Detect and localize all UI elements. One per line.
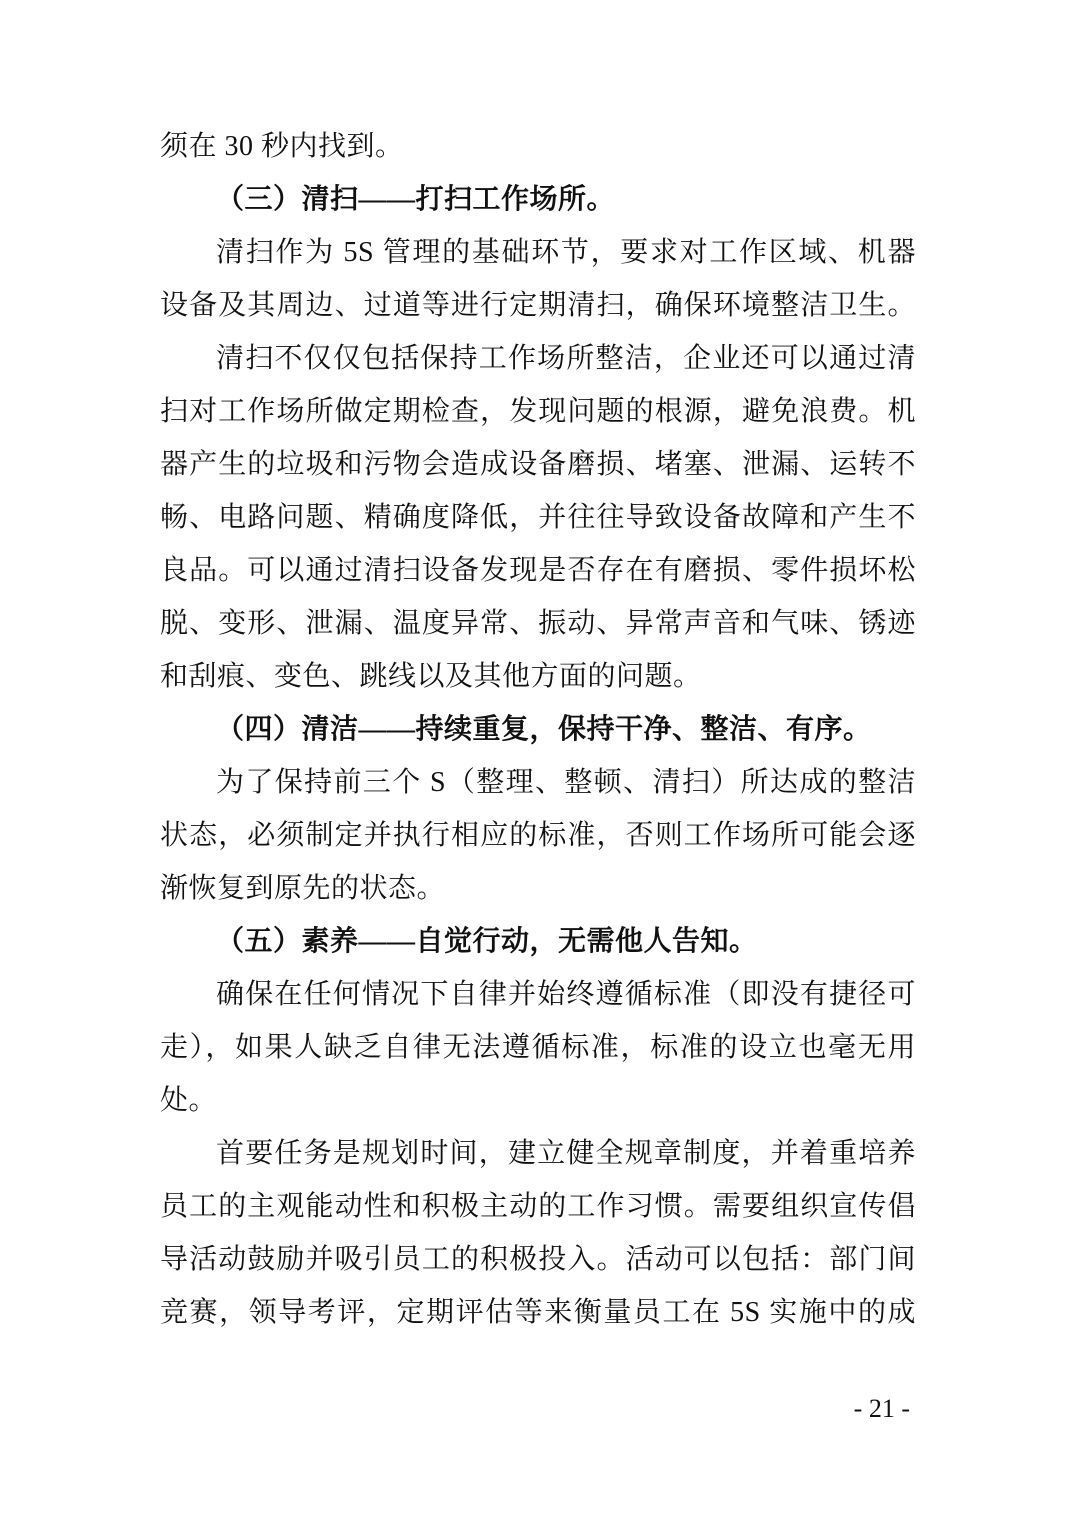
text-line: 状态，必须制定并执行相应的标准，否则工作场所可能会逐 bbox=[160, 809, 916, 862]
text-line: 处。 bbox=[160, 1074, 916, 1127]
text-line: 走），如果人缺乏自律无法遵循标准，标准的设立也毫无用 bbox=[160, 1021, 916, 1074]
text-line: 员工的主观能动性和积极主动的工作习惯。需要组织宣传倡 bbox=[160, 1180, 916, 1233]
text-line: 首要任务是规划时间，建立健全规章制度，并着重培养 bbox=[160, 1127, 916, 1180]
text-line: 清扫作为 5S 管理的基础环节，要求对工作区域、机器 bbox=[160, 226, 916, 279]
text-line: 渐恢复到原先的状态。 bbox=[160, 862, 916, 915]
text-line: 为了保持前三个 S（整理、整顿、清扫）所达成的整洁 bbox=[160, 756, 916, 809]
text-line: 确保在任何情况下自律并始终遵循标准（即没有捷径可 bbox=[160, 968, 916, 1021]
text-line: 脱、变形、泄漏、温度异常、振动、异常声音和气味、锈迹 bbox=[160, 597, 916, 650]
text-line: 器产生的垃圾和污物会造成设备磨损、堵塞、泄漏、运转不 bbox=[160, 438, 916, 491]
document-page: 须在 30 秒内找到。 （三）清扫——打扫工作场所。 清扫作为 5S 管理的基础… bbox=[0, 0, 1074, 1520]
text-line: 导活动鼓励并吸引员工的积极投入。活动可以包括：部门间 bbox=[160, 1233, 916, 1286]
section-heading: （四）清洁——持续重复，保持干净、整洁、有序。 bbox=[160, 703, 916, 756]
text-line: 畅、电路问题、精确度降低，并往往导致设备故障和产生不 bbox=[160, 491, 916, 544]
document-text-block: 须在 30 秒内找到。 （三）清扫——打扫工作场所。 清扫作为 5S 管理的基础… bbox=[160, 120, 916, 1339]
page-number: - 21 - bbox=[854, 1392, 910, 1426]
text-line: 良品。可以通过清扫设备发现是否存在有磨损、零件损坏松 bbox=[160, 544, 916, 597]
text-line: 竞赛，领导考评，定期评估等来衡量员工在 5S 实施中的成 bbox=[160, 1286, 916, 1339]
text-line: 扫对工作场所做定期检查，发现问题的根源，避免浪费。机 bbox=[160, 385, 916, 438]
text-line: 和刮痕、变色、跳线以及其他方面的问题。 bbox=[160, 650, 916, 703]
section-heading: （三）清扫——打扫工作场所。 bbox=[160, 173, 916, 226]
text-line: 须在 30 秒内找到。 bbox=[160, 120, 916, 173]
text-line: 设备及其周边、过道等进行定期清扫，确保环境整洁卫生。 bbox=[160, 279, 916, 332]
text-line: 清扫不仅仅包括保持工作场所整洁，企业还可以通过清 bbox=[160, 332, 916, 385]
section-heading: （五）素养——自觉行动，无需他人告知。 bbox=[160, 915, 916, 968]
